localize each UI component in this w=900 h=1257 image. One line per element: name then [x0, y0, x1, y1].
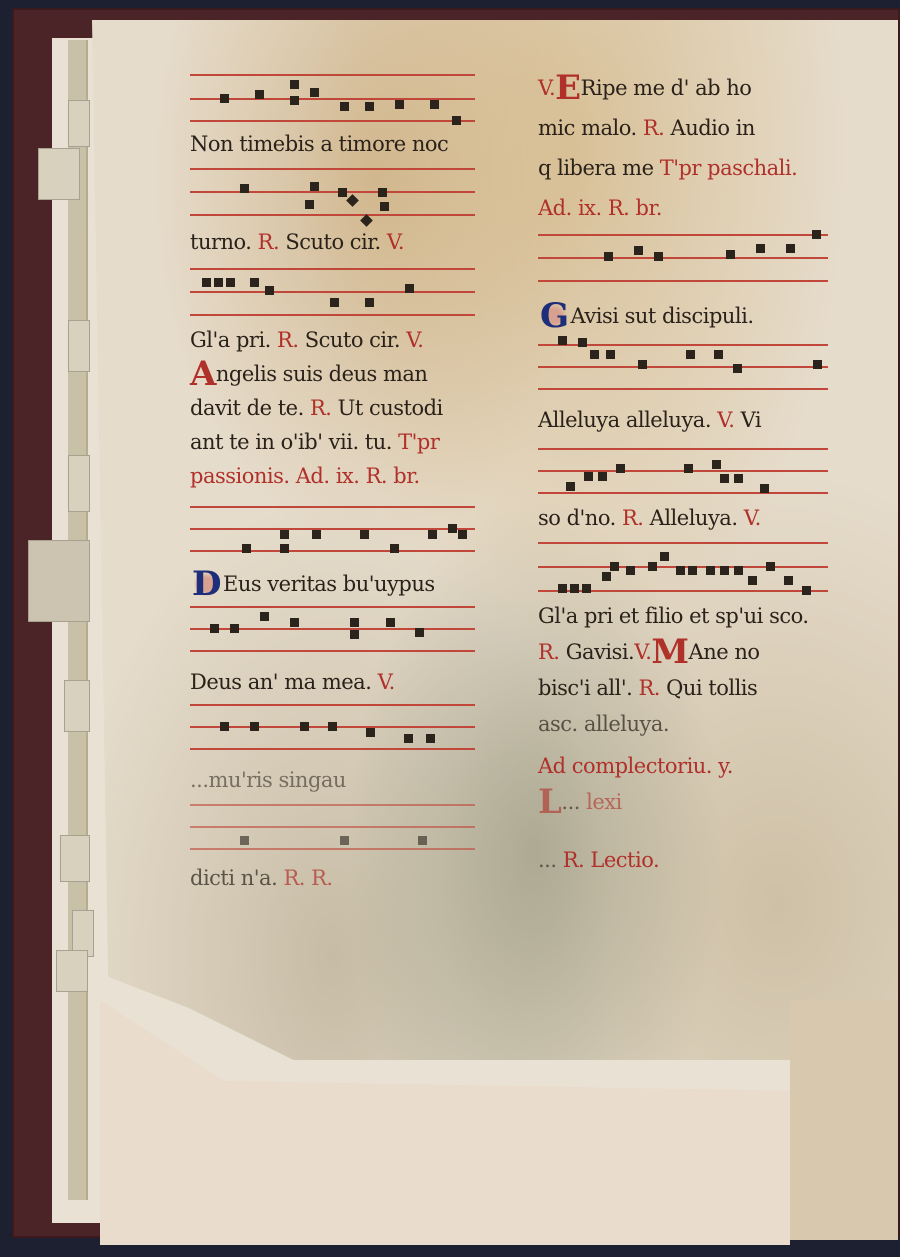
text-line: ... R. Lectio. [538, 846, 828, 874]
music-staff [190, 794, 475, 864]
stub-tab [56, 950, 88, 992]
text-line: L... lexi [538, 788, 828, 816]
text-line: turno. R. Scuto cir. V. [190, 228, 475, 256]
left-column: Non timebis a timore noc turno. R. Scuto… [190, 60, 475, 892]
text-line: ant te in o'ib' vii. tu. T'pr [190, 428, 475, 456]
text-line: Angelis suis deus man [190, 360, 475, 388]
rubric: R. [258, 230, 280, 254]
stub-tab [28, 540, 90, 622]
rubric-line: Ad. ix. R. br. [538, 194, 828, 222]
text-line: R. Gavisi.V.MAne no [538, 638, 828, 666]
text-line: Gl'a pri. R. Scuto cir. V. [190, 326, 475, 354]
text-line: DEus veritas bu'uypus [190, 570, 475, 598]
decorated-initial-d: D [190, 570, 223, 598]
text-line: Non timebis a timore noc [190, 130, 475, 158]
text-line: davit de te. R. Ut custodi [190, 394, 475, 422]
music-staff [190, 500, 475, 570]
text-line: dicti n'a. R. R. [190, 864, 475, 892]
text-line: mic malo. R. Audio in [538, 114, 828, 142]
music-staff [538, 336, 828, 406]
text-line: asc. alleluya. [538, 710, 828, 738]
decorated-initial-a: A [190, 360, 216, 388]
music-staff [190, 60, 475, 130]
text-line-faded: ...mu'ris singau [190, 766, 475, 794]
text-line: V.ERipe me d' ab ho [538, 74, 828, 102]
stub-tab [68, 320, 90, 372]
decorated-initial-m: M [651, 638, 688, 666]
text-line: q libera me T'pr paschali. [538, 154, 828, 182]
right-column: V.ERipe me d' ab ho mic malo. R. Audio i… [538, 60, 828, 874]
stub-tab [60, 835, 90, 882]
text-line: GAvisi sut discipuli. [538, 302, 828, 330]
stub-tab [68, 455, 90, 512]
chant-text: Non timebis a timore noc [190, 132, 448, 156]
text-line: bisc'i all'. R. Qui tollis [538, 674, 828, 702]
decorated-initial-l: L [538, 788, 561, 816]
music-staff [190, 158, 475, 228]
music-staff [538, 434, 828, 504]
music-staff [190, 598, 475, 668]
text-line: Gl'a pri et filio et sp'ui sco. [538, 602, 828, 630]
music-staff [190, 696, 475, 766]
music-staff [538, 532, 828, 602]
music-staff [190, 256, 475, 326]
parchment-lower-edge [790, 1000, 898, 1240]
decorated-initial-g: G [538, 302, 571, 330]
decorated-initial-e: E [555, 74, 580, 102]
rubric-line: passionis. Ad. ix. R. br. [190, 462, 475, 490]
stub-tab [68, 100, 90, 147]
text-line: Alleluya alleluya. V. Vi [538, 406, 828, 434]
text-line: Deus an' ma mea. V. [190, 668, 475, 696]
stub-tab [64, 680, 90, 732]
rubric-heading: Ad complectoriu. y. [538, 752, 828, 780]
music-staff [538, 222, 828, 292]
text-line: so d'no. R. Alleluya. V. [538, 504, 828, 532]
stub-tab [38, 148, 80, 200]
